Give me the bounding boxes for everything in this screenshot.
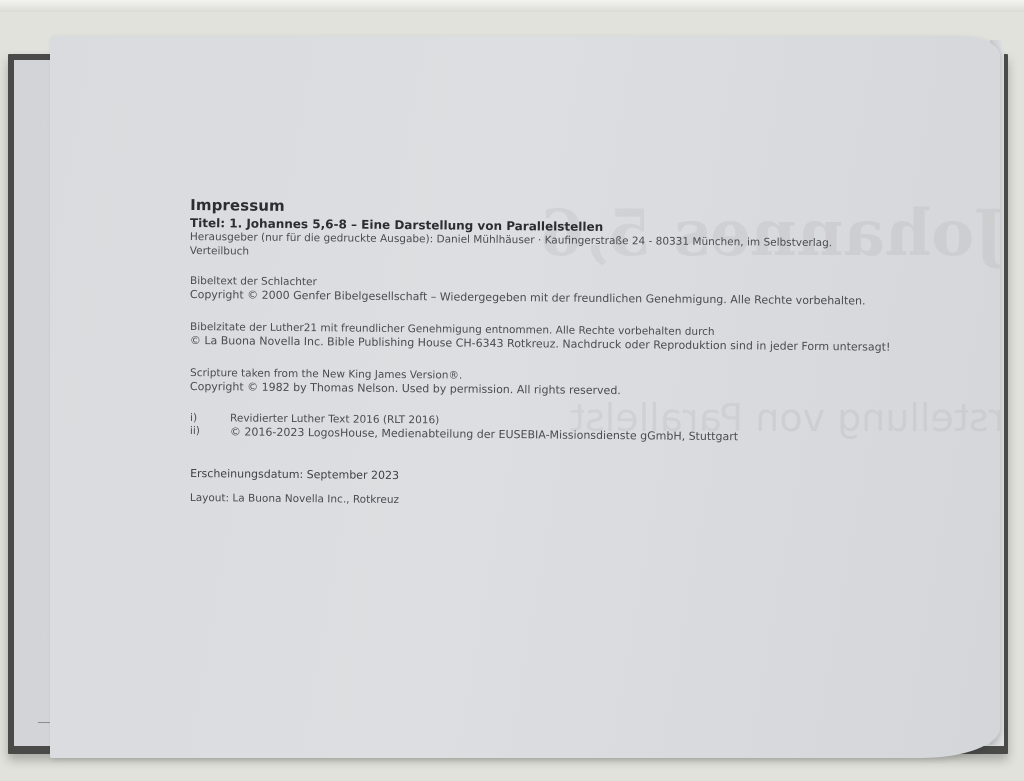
- imprint-content: Impressum Titel: 1. Johannes 5,6-8 – Ein…: [190, 196, 910, 505]
- luther21-block: Bibelzitate der Luther21 mit freundliche…: [190, 320, 910, 355]
- publication-block: Erscheinungsdatum: September 2023 Layout…: [190, 466, 910, 512]
- layout-credit: Layout: La Buona Novella Inc., Rotkreuz: [190, 491, 910, 512]
- header-block: Impressum Titel: 1. Johannes 5,6-8 – Ein…: [190, 196, 911, 265]
- background-surface: [0, 0, 1024, 12]
- nkjv-block: Scripture taken from the New King James …: [190, 366, 910, 401]
- imprint-page: 1. Johannes 5,6 Eine Darstellung von Par…: [50, 36, 1000, 758]
- schlachter-block: Bibeltext der Schlachter Copyright © 200…: [190, 274, 910, 309]
- footnote-marker: i): [190, 412, 230, 425]
- publication-date: Erscheinungsdatum: September 2023: [190, 466, 910, 488]
- footnotes-block: i) Revidierter Luther Text 2016 (RLT 201…: [190, 412, 910, 445]
- footnote-marker: ii): [190, 425, 230, 438]
